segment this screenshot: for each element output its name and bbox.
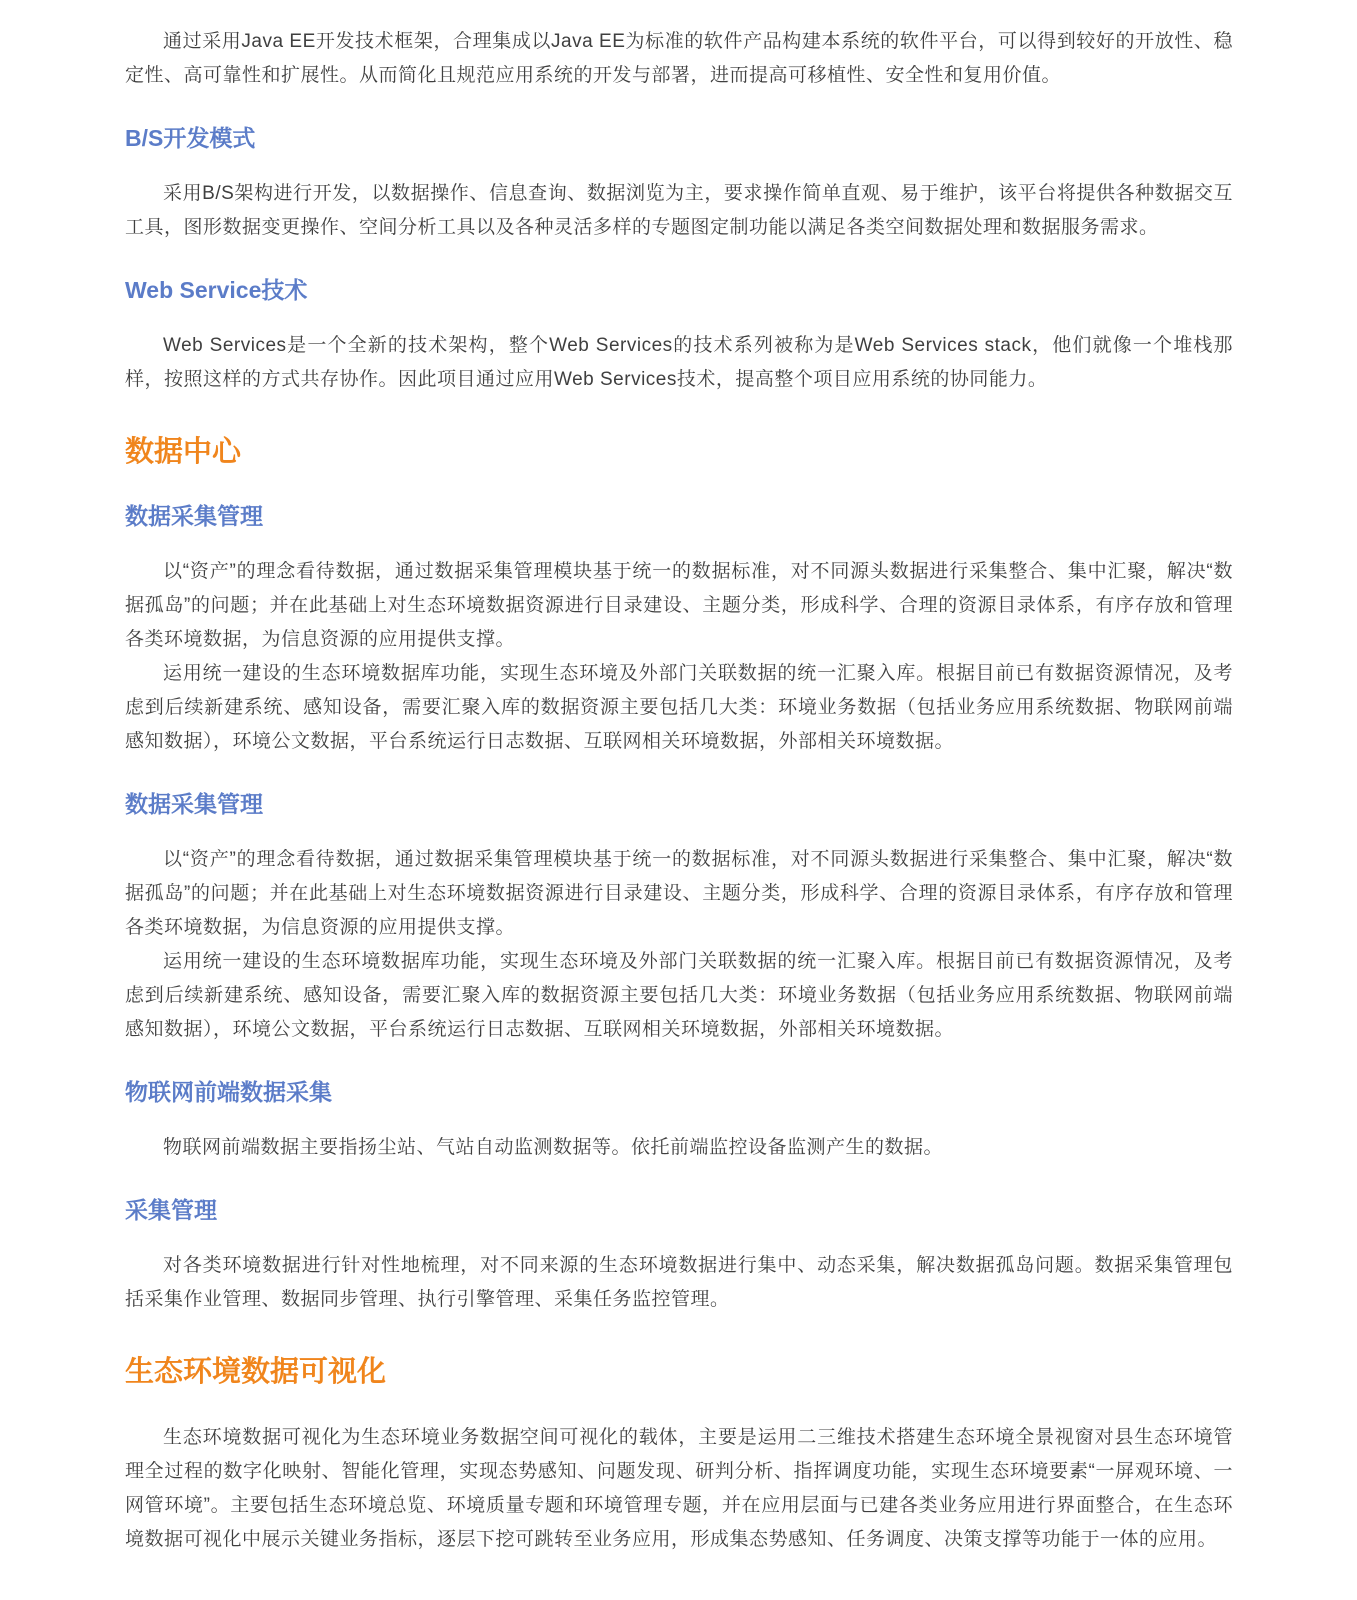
paragraph-asset-concept-1: 以“资产”的理念看待数据，通过数据采集管理模块基于统一的数据标准，对不同源头数据… <box>125 555 1233 657</box>
paragraph-unified-database-1: 运用统一建设的生态环境数据库功能，实现生态环境及外部门关联数据的统一汇聚入库。根… <box>125 657 1233 759</box>
heading-eco-environment-data-visualization: 生态环境数据可视化 <box>125 1353 1233 1391</box>
paragraph-web-services: Web Services是一个全新的技术架构，整个Web Services的技术… <box>125 329 1233 397</box>
paragraph-asset-concept-2: 以“资产”的理念看待数据，通过数据采集管理模块基于统一的数据标准，对不同源头数据… <box>125 843 1233 945</box>
heading-data-center: 数据中心 <box>125 433 1233 471</box>
paragraph-unified-database-2: 运用统一建设的生态环境数据库功能，实现生态环境及外部门关联数据的统一汇聚入库。根… <box>125 945 1233 1047</box>
paragraph-bs-architecture: 采用B/S架构进行开发，以数据操作、信息查询、数据浏览为主，要求操作简单直观、易… <box>125 177 1233 245</box>
paragraph-java-ee-framework: 通过采用Java EE开发技术框架，合理集成以Java EE为标准的软件产品构建… <box>125 25 1233 93</box>
paragraph-collection-management: 对各类环境数据进行针对性地梳理，对不同来源的生态环境数据进行集中、动态采集，解决… <box>125 1249 1233 1317</box>
document-page: 通过采用Java EE开发技术框架，合理集成以Java EE为标准的软件产品构建… <box>0 0 1357 1600</box>
paragraph-eco-environment-visualization: 生态环境数据可视化为生态环境业务数据空间可视化的载体，主要是运用二三维技术搭建生… <box>125 1421 1233 1557</box>
heading-web-service-technology: Web Service技术 <box>125 275 1233 305</box>
heading-iot-frontend-data-collection: 物联网前端数据采集 <box>125 1077 1233 1107</box>
heading-collection-management: 采集管理 <box>125 1195 1233 1225</box>
heading-data-collection-management-1: 数据采集管理 <box>125 501 1233 531</box>
heading-data-collection-management-2: 数据采集管理 <box>125 789 1233 819</box>
paragraph-iot-frontend-data: 物联网前端数据主要指扬尘站、气站自动监测数据等。依托前端监控设备监测产生的数据。 <box>125 1131 1233 1165</box>
heading-bs-development-mode: B/S开发模式 <box>125 123 1233 153</box>
